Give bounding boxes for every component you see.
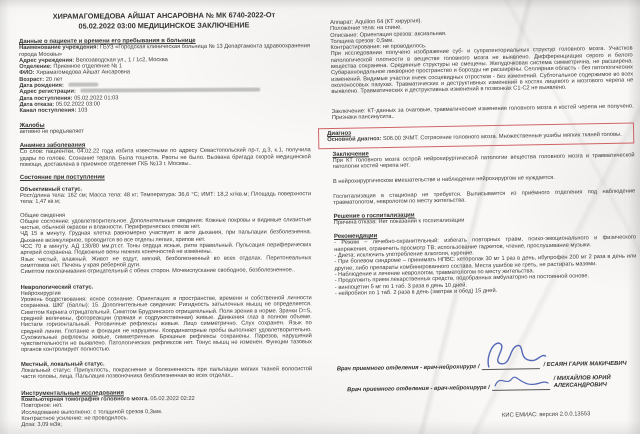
field-value: Хирамагомедова Айшат Ансаровна (34, 70, 130, 77)
anthropometry-text: Рост/длина тела: 162 см; Масса тела: 48 … (20, 191, 311, 205)
signature-line (481, 361, 539, 370)
field-label: Компьютерная томография головного мозга. (21, 396, 149, 403)
anamnesis-text: Со слов: пациентки, 04.02.22 года избита… (20, 148, 311, 169)
medical-report-scan: ХИРАМАГОМЕДОВА АЙШАТ АНСАРОВНА № МК 6740… (0, 0, 640, 434)
field-value: 20 лет (44, 77, 62, 83)
handwritten-signature-icon (478, 336, 549, 371)
field-label: Наименование учреждения: (19, 45, 98, 51)
doctor-role-label: Врач приемного отделения - врач-нейрохир… (347, 385, 490, 393)
left-column: Данные о пациенте и времени его пребыван… (19, 31, 312, 428)
no-surgery-text: В нейрохирургическом вмешательстве и наб… (333, 173, 635, 185)
ct-findings-text: При исследовании получено изображение су… (331, 46, 634, 96)
field-label: Дата рождения: (19, 83, 64, 89)
ct-conclusion-text: Заключение: КТ-данных за очаговые, травм… (332, 103, 634, 121)
no-hospitalization-text: Госпитализация в стационар не требуется.… (333, 188, 635, 206)
field-label: Канал поступления: (19, 108, 76, 114)
diagnosis-box: ДиагнозОсновной диагноз: S06.00 ЗЧМТ. Со… (318, 123, 634, 149)
document-header: ХИРАМАГОМЕДОВА АЙШАТ АНСАРОВНА № МК 6740… (28, 10, 300, 32)
field-value: 05.02.2022 02:22 (149, 396, 195, 402)
field-value: 05.02.2022 01:03 (73, 95, 119, 101)
complaints-text: активно не предъявляет (20, 127, 311, 135)
urination-text: Симптом поколачивания отрицательный с об… (20, 267, 311, 275)
section-admission-state: Состояние при поступлении (20, 174, 311, 182)
redacted-value (68, 83, 98, 87)
doctor-signature-row-1: Врач приемного отделения - врач-нейрохир… (337, 360, 637, 373)
doctor-name: / ЕСАЯН ГАРИК МАКИЧЕВИЧ (543, 361, 626, 369)
field-value: 103 (76, 108, 87, 114)
signature-line (492, 382, 550, 391)
signature-section: Врач приемного отделения - врач-нейрохир… (337, 360, 638, 401)
diagnosis-label: Основной диагноз: (327, 137, 381, 144)
neuro-status-text: Уровень бодрствования: ясное сознание. О… (21, 295, 312, 353)
local-status-text: Локальный статус: Припухлость, покраснен… (21, 366, 312, 380)
right-column: Аппарат: Aquilion 64 (КТ хирургия).Полож… (330, 14, 637, 297)
system-version-label: КИС ЕМИАС: версия 2.0.0.13553 (502, 411, 590, 418)
field-label: Возраст: (19, 77, 44, 83)
admission-channel-line: Канал поступления: 103 (19, 106, 310, 114)
field-value: 05.02.2022 03:00 (54, 101, 100, 107)
doctor-name: / МИХАЙЛОВ ЮРИЙ АЛЕКСАНДРОВИЧ (554, 375, 638, 390)
field-label: Дата отказа: (19, 102, 54, 108)
handwritten-signature-icon (489, 371, 551, 392)
redacted-value (80, 88, 260, 93)
doctor-signature-row-2: Врач приемного отделения - врач-нейрохир… (347, 375, 637, 393)
field-label: ФИО: (19, 70, 34, 76)
doctor-role-label: Врач приемного отделения - врач-нейрохир… (337, 364, 480, 372)
